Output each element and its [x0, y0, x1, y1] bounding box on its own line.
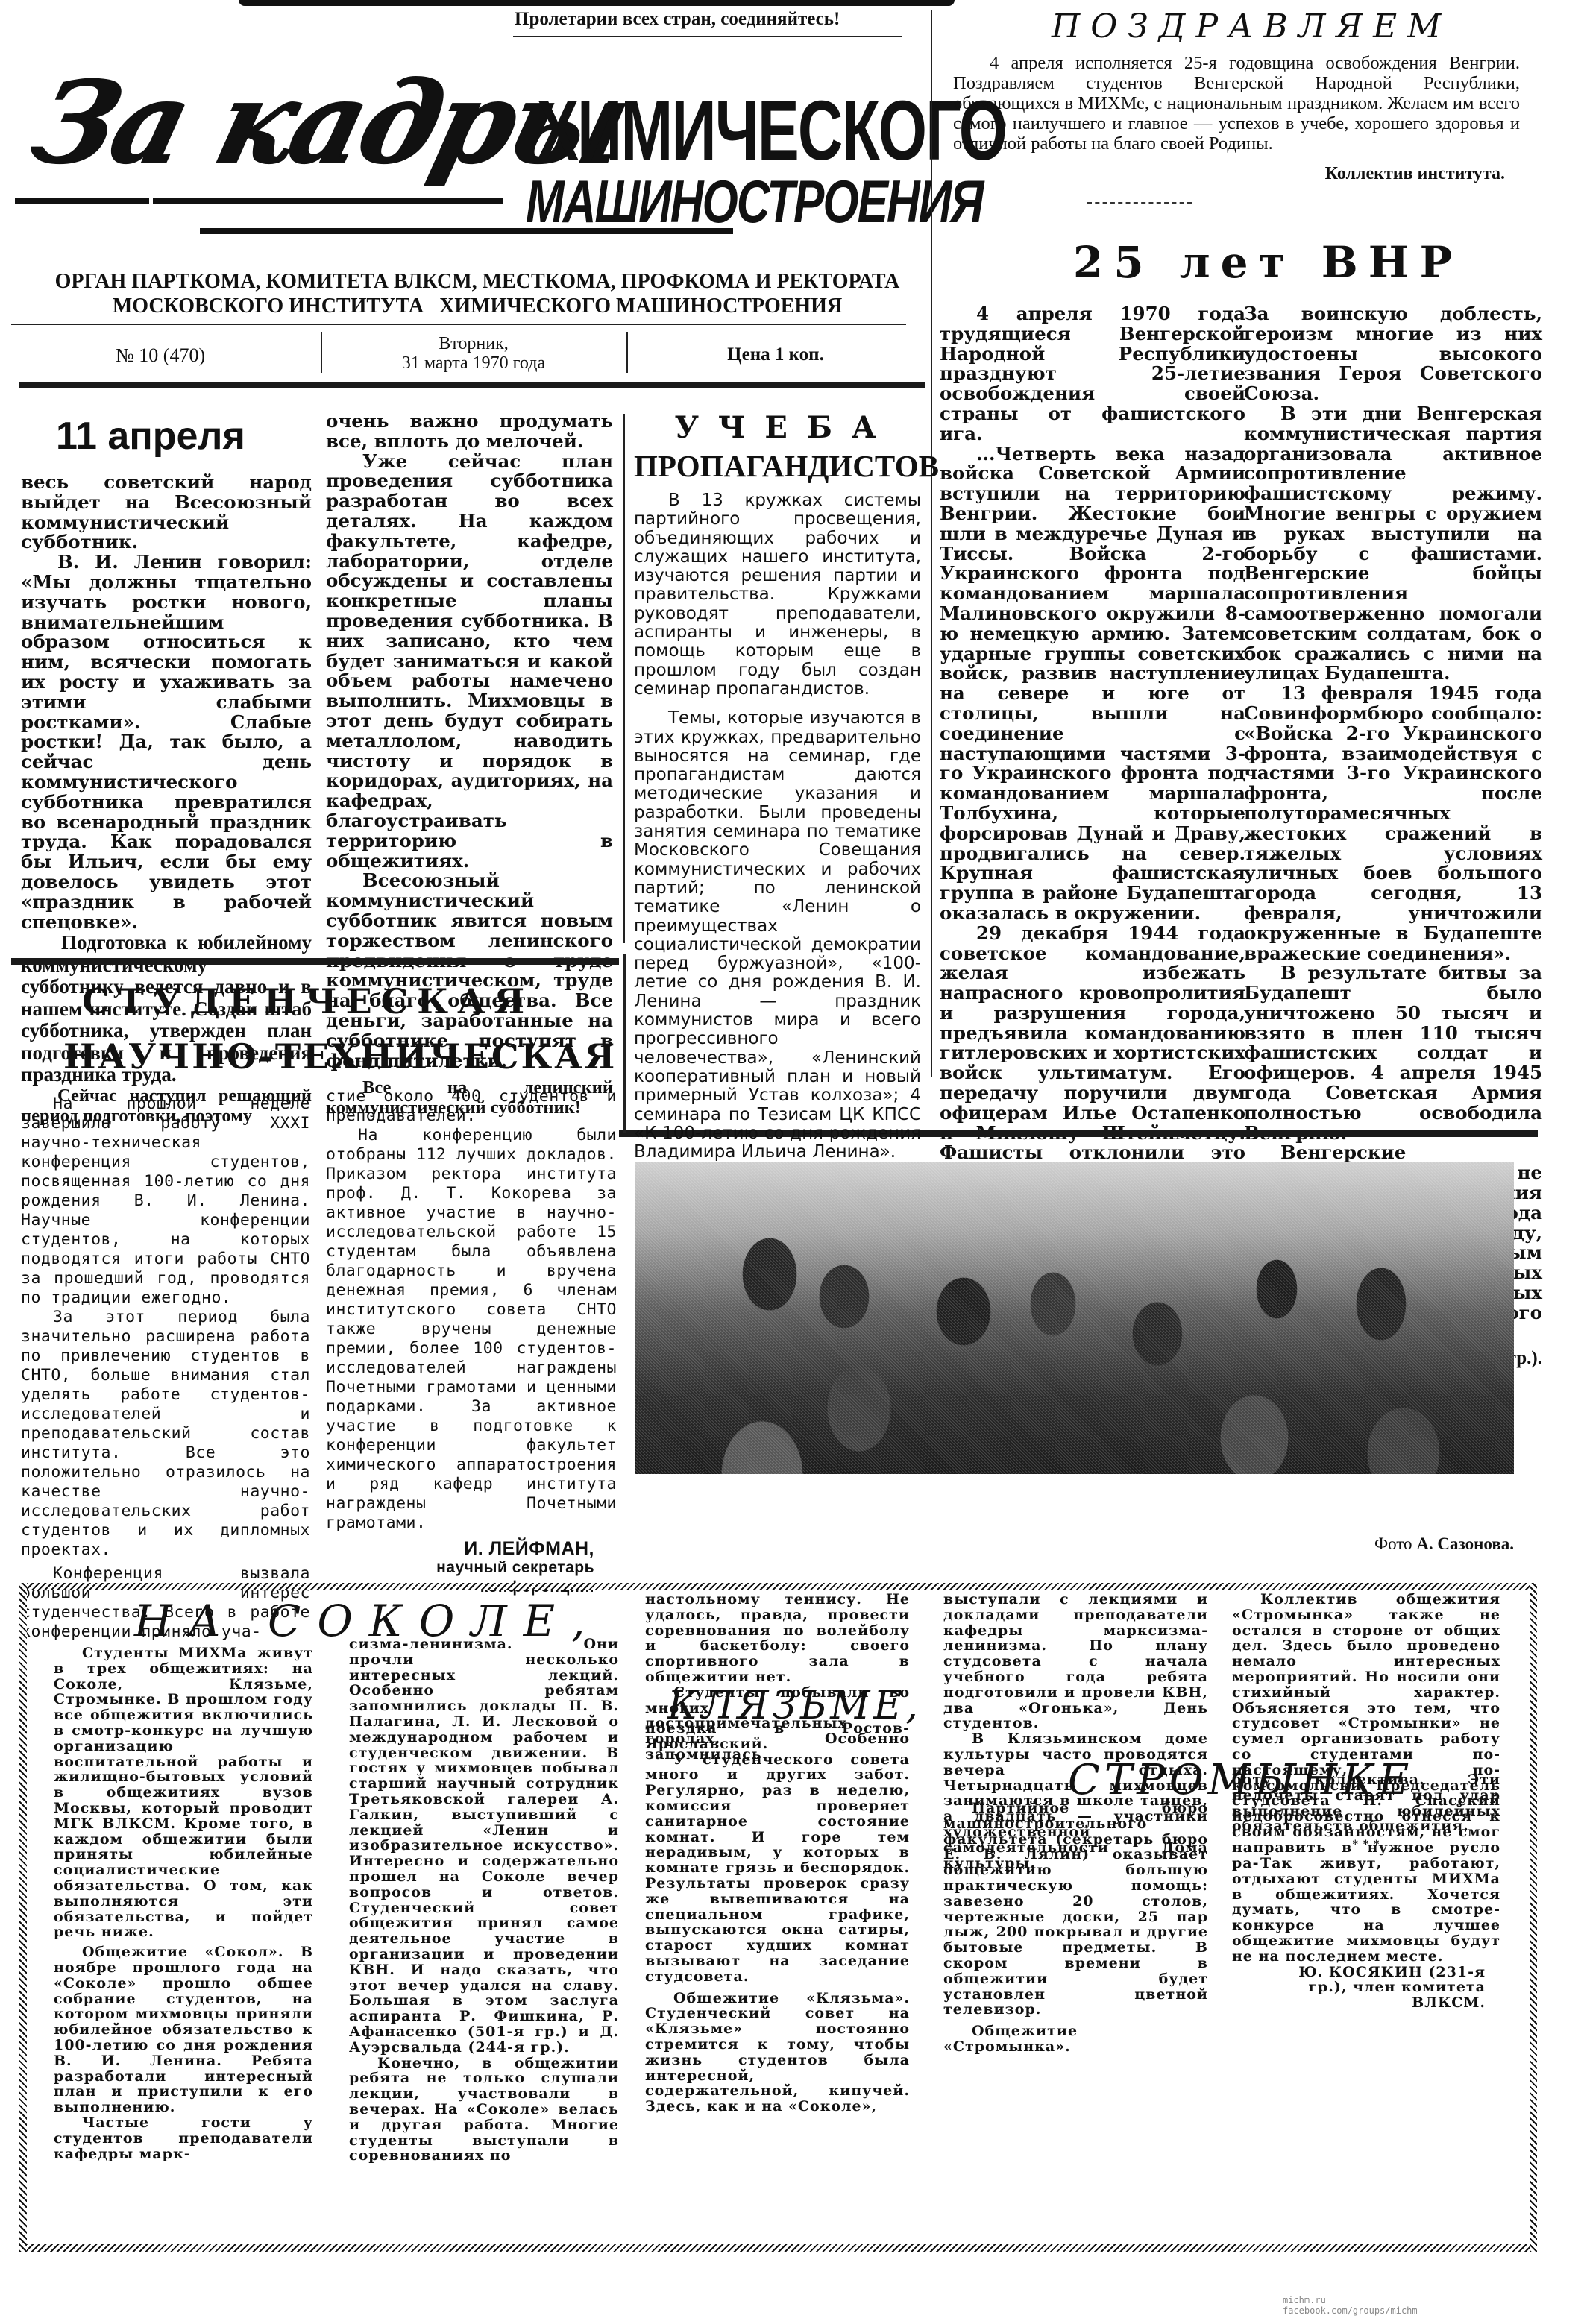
right-column-divider — [931, 10, 932, 1077]
photo-caption-prefix: Фото — [1374, 1534, 1412, 1553]
conference-signature-name: И. ЛЕЙФМАН, — [326, 1539, 594, 1558]
congrats-heading: ПОЗДРАВЛЯЕМ — [983, 7, 1520, 45]
dorms-border-left — [19, 1583, 27, 2252]
section-separator: * * * — [1232, 1837, 1500, 1853]
paragraph: стие около 400 студентов и преподавателе… — [326, 1087, 617, 1126]
paragraph: 4 апреля 1970 года трудящиеся Венгерской… — [940, 304, 1245, 444]
title-underline-right — [200, 228, 733, 234]
april11-col-1: весь советский народ выйдет на Всесоюзны… — [21, 473, 312, 1126]
paragraph: поездка в Ростов-Ярославский. — [645, 1721, 910, 1752]
paragraph: выступали с лекциями и докладами препода… — [943, 1592, 1208, 1731]
hungary-heading: 25 лет ВНР — [947, 237, 1584, 288]
paragraph: Студенты МИХМа живут в трех общежитиях: … — [54, 1646, 313, 1940]
paragraph: В результате битвы за Будапешт было унич… — [1244, 963, 1542, 1143]
dorms-col-5b: боту коллектива. Эти недочеты ставят под… — [1232, 1772, 1500, 2011]
congrats-body: 4 апреля исполняется 25-я годовщина осво… — [953, 53, 1520, 154]
paragraph: очень важно продумать все, вплоть до мел… — [326, 412, 613, 452]
congrats-signature: Коллектив института. — [953, 164, 1505, 184]
paragraph: Общежитие «Клязьма». Студенческий совет … — [645, 1991, 910, 2114]
photo-caption: Фото А. Сазонова. — [1268, 1534, 1514, 1554]
slogan-underline — [513, 36, 902, 37]
propaganda-heading-2: ПРОПАГАНДИСТОВ — [634, 448, 921, 484]
paragraph: Так живут, работают, отдыхают студенты М… — [1232, 1856, 1500, 1965]
conference-signature-role: научный секретарь — [326, 1558, 594, 1578]
newspaper-title-line2: МАШИНОСТРОЕНИЯ — [526, 168, 983, 236]
paragraph: На конференцию были отобраны 112 лучших … — [326, 1126, 617, 1533]
dorms-signature: гр.), член комитета — [1232, 1980, 1486, 1995]
paragraph: 13 февраля 1945 года Совинформбюро сообщ… — [1244, 684, 1542, 963]
masthead-subtitle-2: МОСКОВСКОГО ИНСТИТУТА ХИМИЧЕСКОГО МАШИНО… — [30, 295, 925, 318]
issue-price: Цена 1 коп. — [638, 344, 914, 365]
footer-site-link[interactable]: michm.ru — [1283, 2295, 1418, 2305]
propaganda-heading-1: У Ч Е Б А — [634, 410, 921, 445]
paragraph: Темы, которые изучаются в этих кружках, … — [634, 709, 921, 1162]
conference-col-1: На прошлой неделе завершила работу XXXI … — [21, 1095, 310, 1642]
masthead-divider-2 — [626, 332, 628, 373]
photo-caption-author: А. Сазонова. — [1416, 1534, 1514, 1553]
paragraph: У студенческого совета много и других за… — [645, 1752, 910, 1985]
students-in-auditorium-photo — [635, 1162, 1514, 1474]
paragraph: настольному теннису. Не удалось, правда,… — [645, 1592, 910, 1685]
paragraph: Общежитие «Сокол». В ноябре прошлого год… — [54, 1944, 313, 2115]
conference-heading-1: СТУДЕНЧЕСКАЯ — [82, 981, 533, 1021]
dorms-border-bottom — [19, 2244, 1537, 2252]
dorms-signature: Ю. КОСЯКИН (231-я — [1232, 1965, 1486, 1980]
paragraph: Партийное бюро машиностроительного факул… — [943, 1801, 1208, 2018]
conference-heading-2: НАУЧНО-ТЕХНИЧЕСКАЯ — [63, 1036, 617, 1077]
april11-divider — [623, 414, 625, 943]
paragraph: За этот период была значительно расширен… — [21, 1308, 310, 1560]
dorms-col-1: Студенты МИХМа живут в трех общежитиях: … — [54, 1646, 313, 2161]
paragraph: весь советский народ выйдет на Всесоюзны… — [21, 473, 312, 552]
dorms-col-4b: Партийное бюро машиностроительного факул… — [943, 1801, 1208, 2055]
masthead-bottom-rule — [19, 382, 925, 388]
paragraph: ...Четверть века назад войска Советской … — [940, 444, 1245, 924]
conference-divider — [623, 954, 626, 1133]
paragraph: В. И. Ленин говорил: «Мы должны тщательн… — [21, 552, 312, 932]
issue-weekday: Вторник, — [321, 334, 626, 354]
slogan: Пролетарии всех стран, соединяйтесь! — [515, 9, 840, 30]
propaganda-article: У Ч Е Б А ПРОПАГАНДИСТОВ В 13 кружках си… — [634, 410, 921, 1195]
paragraph: В 13 кружках системы партийного просвеще… — [634, 491, 921, 699]
masthead-subtitle-1: ОРГАН ПАРТКОМА, КОМИТЕТА ВЛКСМ, МЕСТКОМА… — [30, 270, 925, 294]
paragraph: Конечно, в общежитии ребята не только сл… — [349, 2056, 619, 2164]
dorms-col-3b: поездка в Ростов-Ярославский. У студенче… — [645, 1721, 910, 2114]
issue-date: 31 марта 1970 года — [321, 353, 626, 374]
title-underline-mid — [153, 198, 503, 204]
torn-edge — [239, 0, 955, 6]
paragraph: Уже сейчас план проведения субботника ра… — [326, 452, 613, 872]
masthead: Пролетарии всех стран, соединяйтесь! За … — [0, 0, 932, 373]
paragraph: За воинскую доблесть, героизм многие из … — [1244, 304, 1542, 404]
congrats-article: ПОЗДРАВЛЯЕМ 4 апреля исполняется 25-я го… — [953, 7, 1520, 205]
paragraph: сизма-ленинизма. Они прочли несколько ин… — [349, 1637, 619, 2056]
dorms-col-2: сизма-ленинизма. Они прочли несколько ин… — [349, 1637, 619, 2164]
paragraph: боту коллектива. Эти недочеты ставят под… — [1232, 1772, 1500, 1834]
footer-watermark: michm.ru facebook.com/groups/michm — [1283, 2295, 1418, 2316]
title-underline-left — [15, 198, 149, 204]
masthead-rule — [11, 324, 906, 325]
paragraph: Общежитие «Стромынка». — [943, 2024, 1208, 2055]
paragraph: На прошлой неделе завершила работу XXXI … — [21, 1095, 310, 1308]
footer-facebook-link[interactable]: facebook.com/groups/michm — [1283, 2305, 1418, 2316]
newspaper-title-line1: ХИМИЧЕСКОГО — [537, 82, 1006, 180]
paragraph: Частые гости у студентов преподаватели к… — [54, 2115, 313, 2161]
april11-heading: 11 апреля — [56, 414, 245, 459]
dorms-border-right — [1530, 1583, 1537, 2252]
dorms-border-top — [19, 1583, 1537, 1590]
congrats-separator — [1087, 202, 1192, 205]
issue-number: № 10 (470) — [116, 344, 205, 367]
paragraph: В эти дни Венгерская коммунистическая па… — [1244, 404, 1542, 684]
dorms-signature: ВЛКСМ. — [1232, 1995, 1486, 2011]
april11-bottom-rule — [11, 958, 619, 965]
conference-col-2: стие около 400 студентов и преподавателе… — [326, 1087, 617, 1597]
